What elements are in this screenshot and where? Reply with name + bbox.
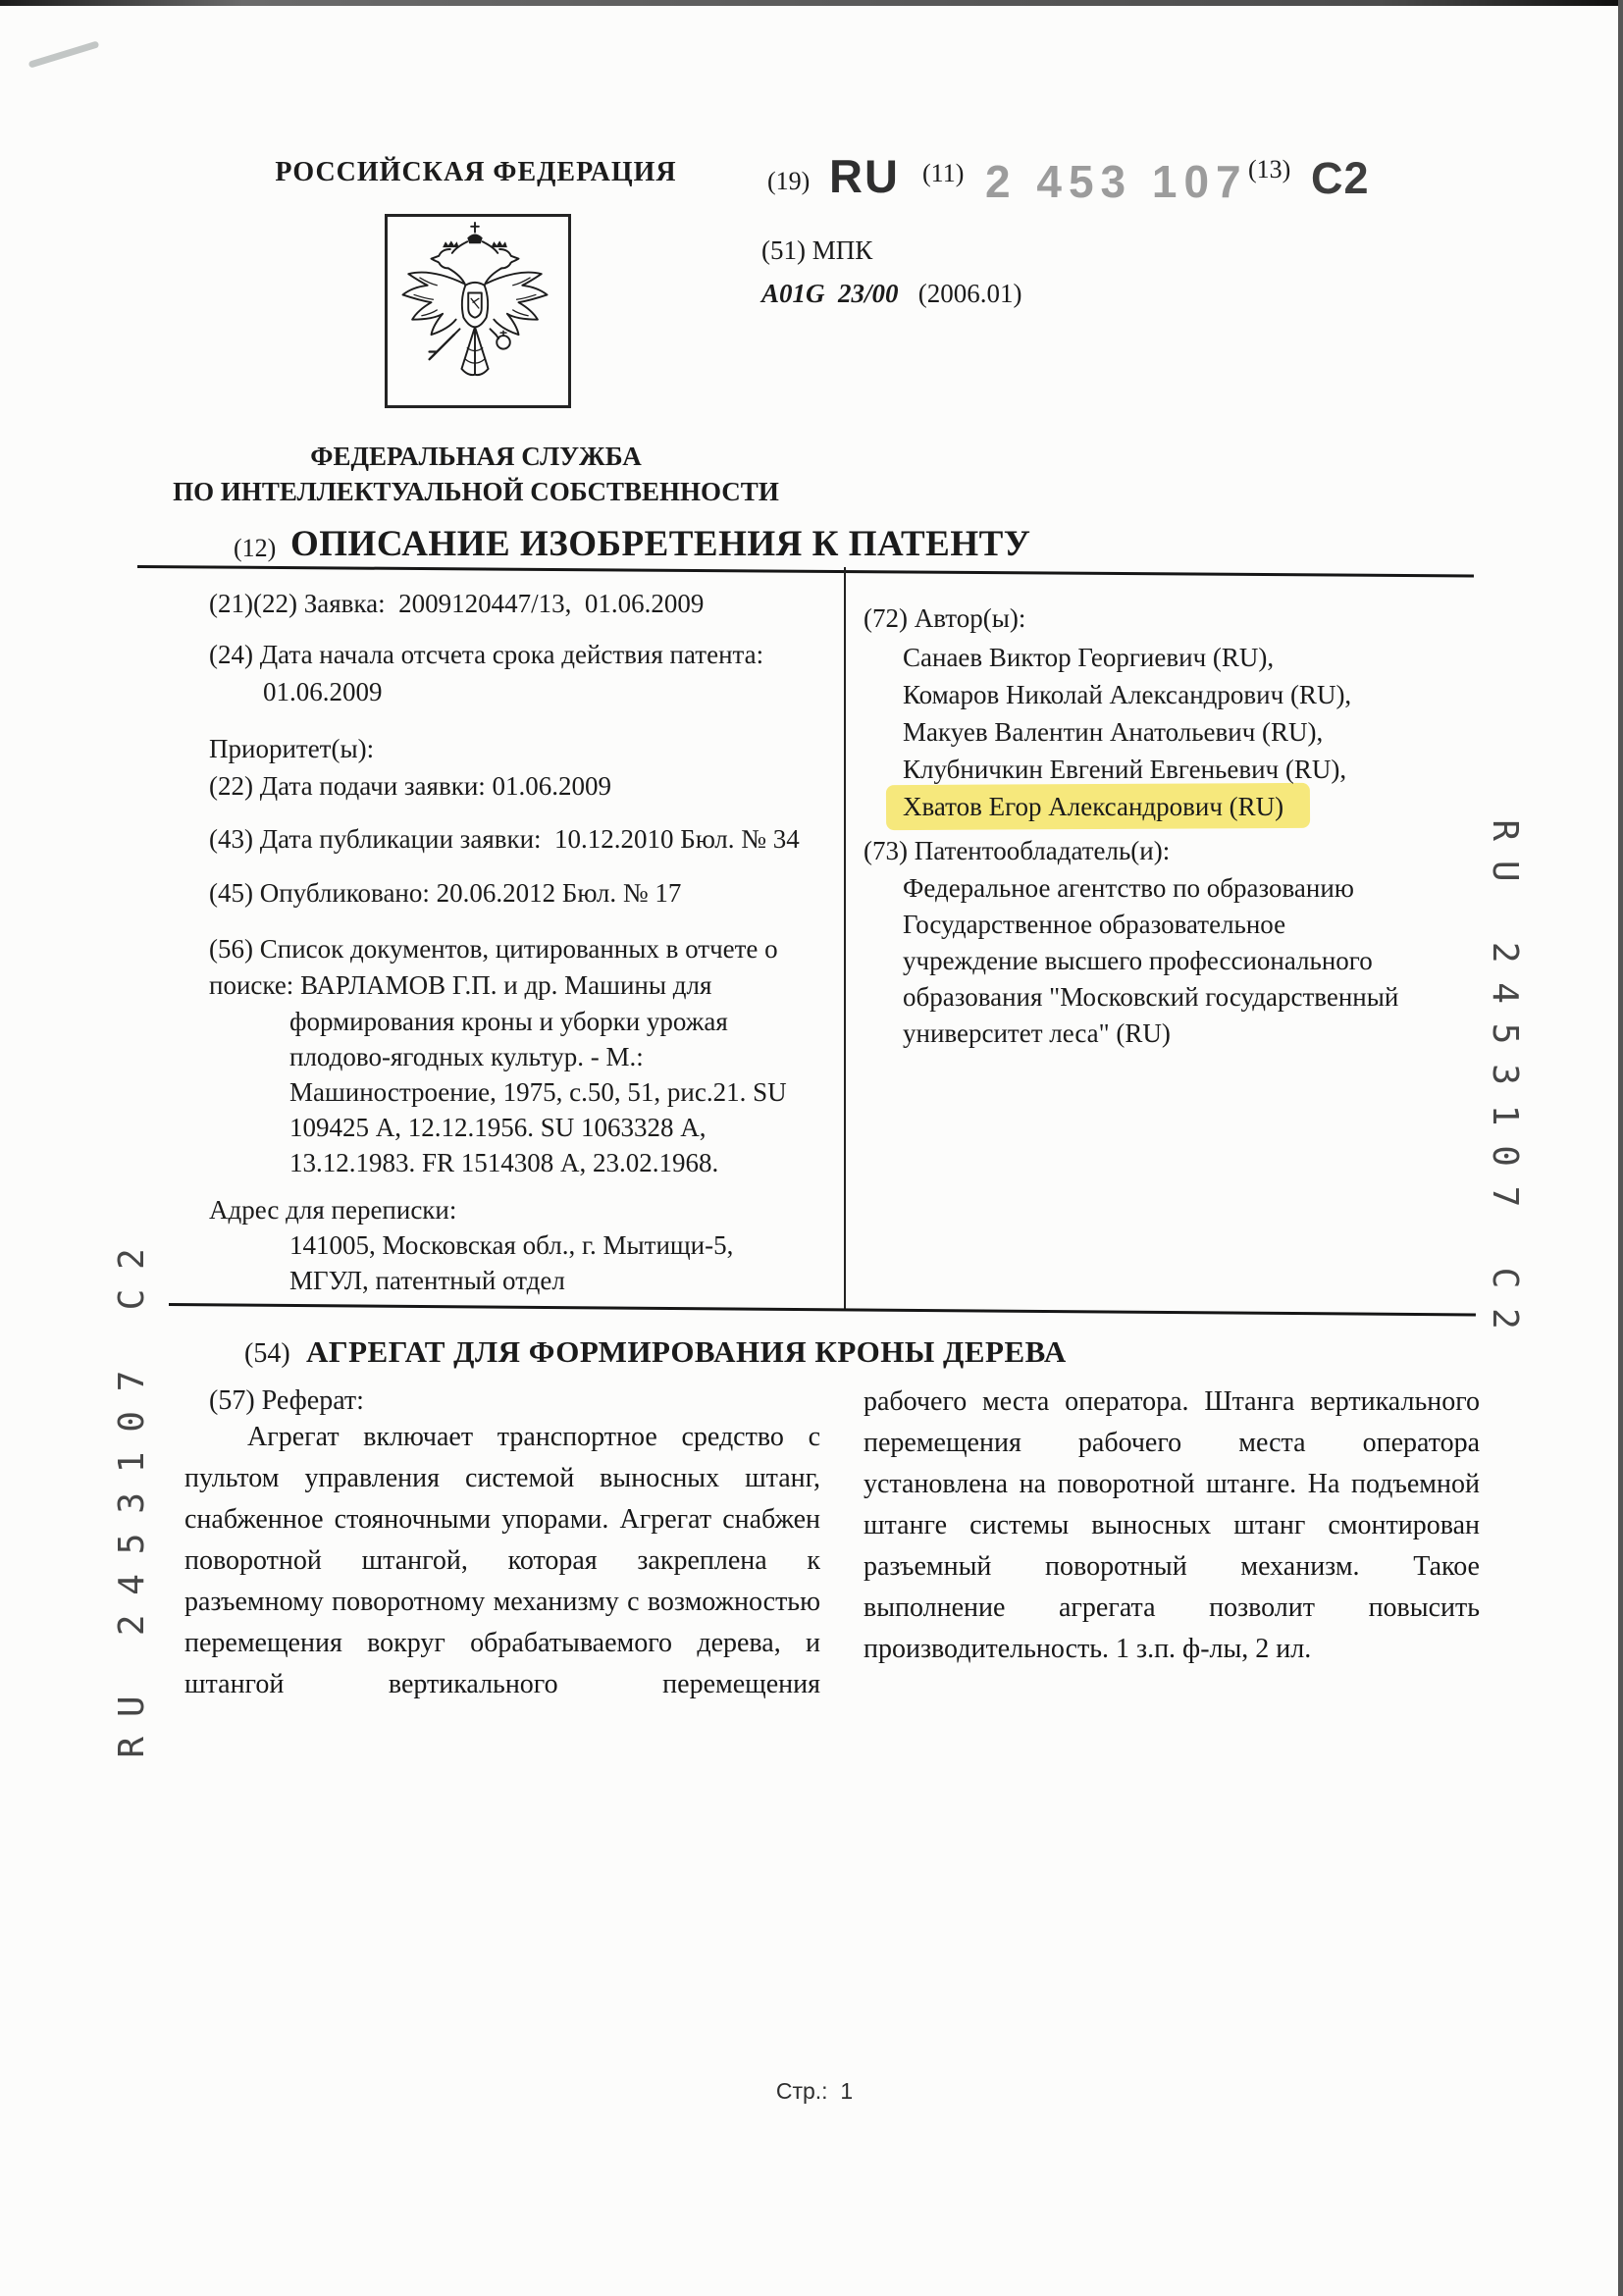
- filing-date-line: (22) Дата подачи заявки: 01.06.2009: [209, 771, 611, 802]
- pen-mark: [28, 40, 100, 68]
- citation-line: формирования кроны и уборки урожая: [289, 1007, 728, 1037]
- document-type-title: ОПИСАНИЕ ИЗОБРЕТЕНИЯ К ПАТЕНТУ: [290, 524, 1030, 566]
- holder-label: (73) Патентообладатель(и):: [864, 836, 1170, 866]
- author-line: Клубничкин Евгений Евгеньевич (RU),: [903, 755, 1346, 785]
- address-line: 141005, Московская обл., г. Мытищи-5,: [289, 1230, 733, 1261]
- inid-11-label: (11): [922, 159, 964, 188]
- priority-label: Приоритет(ы):: [209, 734, 374, 764]
- published-line: (45) Опубликовано: 20.06.2012 Бюл. № 17: [209, 878, 681, 909]
- start-date-value: 01.06.2009: [263, 677, 383, 707]
- citation-line: плодово-ягодных культур. - М.:: [289, 1042, 644, 1072]
- inid-12-label: (12): [234, 534, 276, 563]
- sidebar-right-patent-id: RU 2453107 C2: [1482, 790, 1525, 1379]
- ipc-label: (51) МПК: [761, 235, 872, 266]
- ipc-line: A01G 23/00 (2006.01): [761, 279, 1022, 309]
- section-rule: [169, 1303, 1476, 1316]
- authority-line2: ПО ИНТЕЛЛЕКТУАЛЬНОЙ СОБСТВЕННОСТИ: [157, 477, 795, 507]
- app-publication-line: (43) Дата публикации заявки: 10.12.2010 …: [209, 824, 800, 855]
- author-line: Санаев Виктор Георгиевич (RU),: [903, 643, 1274, 673]
- ipc-spacer: [899, 279, 918, 308]
- application-line: (21)(22) Заявка: 2009120447/13, 01.06.20…: [209, 589, 704, 619]
- patent-scan-page: РОССИЙСКАЯ ФЕДЕРАЦИЯ: [0, 0, 1623, 2296]
- authors-label: (72) Автор(ы):: [864, 603, 1025, 634]
- coat-of-arms-box: [385, 214, 571, 408]
- author-line: Макуев Валентин Анатольевич (RU),: [903, 717, 1323, 748]
- inid-13-label: (13): [1248, 155, 1290, 184]
- holder-line: Государственное образовательное: [903, 910, 1285, 940]
- invention-title: АГРЕГАТ ДЛЯ ФОРМИРОВАНИЯ КРОНЫ ДЕРЕВА: [306, 1334, 1067, 1370]
- column-divider: [844, 567, 846, 1309]
- country-code: RU: [829, 149, 900, 203]
- abstract-column-1: Агрегат включает транспортное средство с…: [184, 1417, 820, 1705]
- country-title: РОССИЙСКАЯ ФЕДЕРАЦИЯ: [236, 157, 716, 188]
- citation-line: 13.12.1983. FR 1514308 А, 23.02.1968.: [289, 1148, 718, 1178]
- citation-line: поиске: ВАРЛАМОВ Г.П. и др. Машины для: [209, 970, 711, 1001]
- ipc-code: A01G 23/00: [761, 279, 899, 308]
- sidebar-left-patent-id: RU 2453107 C2: [112, 1199, 155, 1788]
- citation-line: 109425 А, 12.12.1956. SU 1063328 А,: [289, 1113, 707, 1143]
- holder-line: Федеральное агентство по образованию: [903, 873, 1354, 904]
- citation-line: Машиностроение, 1975, с.50, 51, рис.21. …: [289, 1077, 787, 1108]
- authority-line1: ФЕДЕРАЛЬНАЯ СЛУЖБА: [236, 442, 716, 472]
- holder-line: учреждение высшего профессионального: [903, 946, 1373, 976]
- page-number: Стр.: 1: [736, 2078, 893, 2104]
- author-line: Комаров Николай Александрович (RU),: [903, 680, 1351, 710]
- start-date-label: (24) Дата начала отсчета срока действия …: [209, 640, 763, 670]
- inid-19-label: (19): [767, 167, 810, 196]
- kind-code: C2: [1311, 153, 1370, 204]
- author-line-highlighted: Хватов Егор Александрович (RU): [903, 792, 1283, 822]
- holder-line: университет леса" (RU): [903, 1018, 1171, 1049]
- holder-line: образования "Московский государственный: [903, 982, 1398, 1013]
- scan-edge-top: [0, 0, 1623, 6]
- inid-54-label: (54): [244, 1338, 290, 1370]
- address-line: МГУЛ, патентный отдел: [289, 1266, 565, 1296]
- address-label: Адрес для переписки:: [209, 1195, 456, 1226]
- publication-number: 2 453 107: [985, 155, 1248, 208]
- scan-edge-right: [1618, 0, 1623, 2296]
- abstract-label: (57) Реферат:: [209, 1385, 364, 1417]
- citation-line: (56) Список документов, цитированных в о…: [209, 934, 778, 965]
- ipc-version: (2006.01): [918, 279, 1022, 308]
- double-headed-eagle-emblem: [388, 217, 562, 399]
- abstract-column-2: рабочего места оператора. Штанга вертика…: [864, 1382, 1480, 1670]
- header-rule: [137, 565, 1474, 578]
